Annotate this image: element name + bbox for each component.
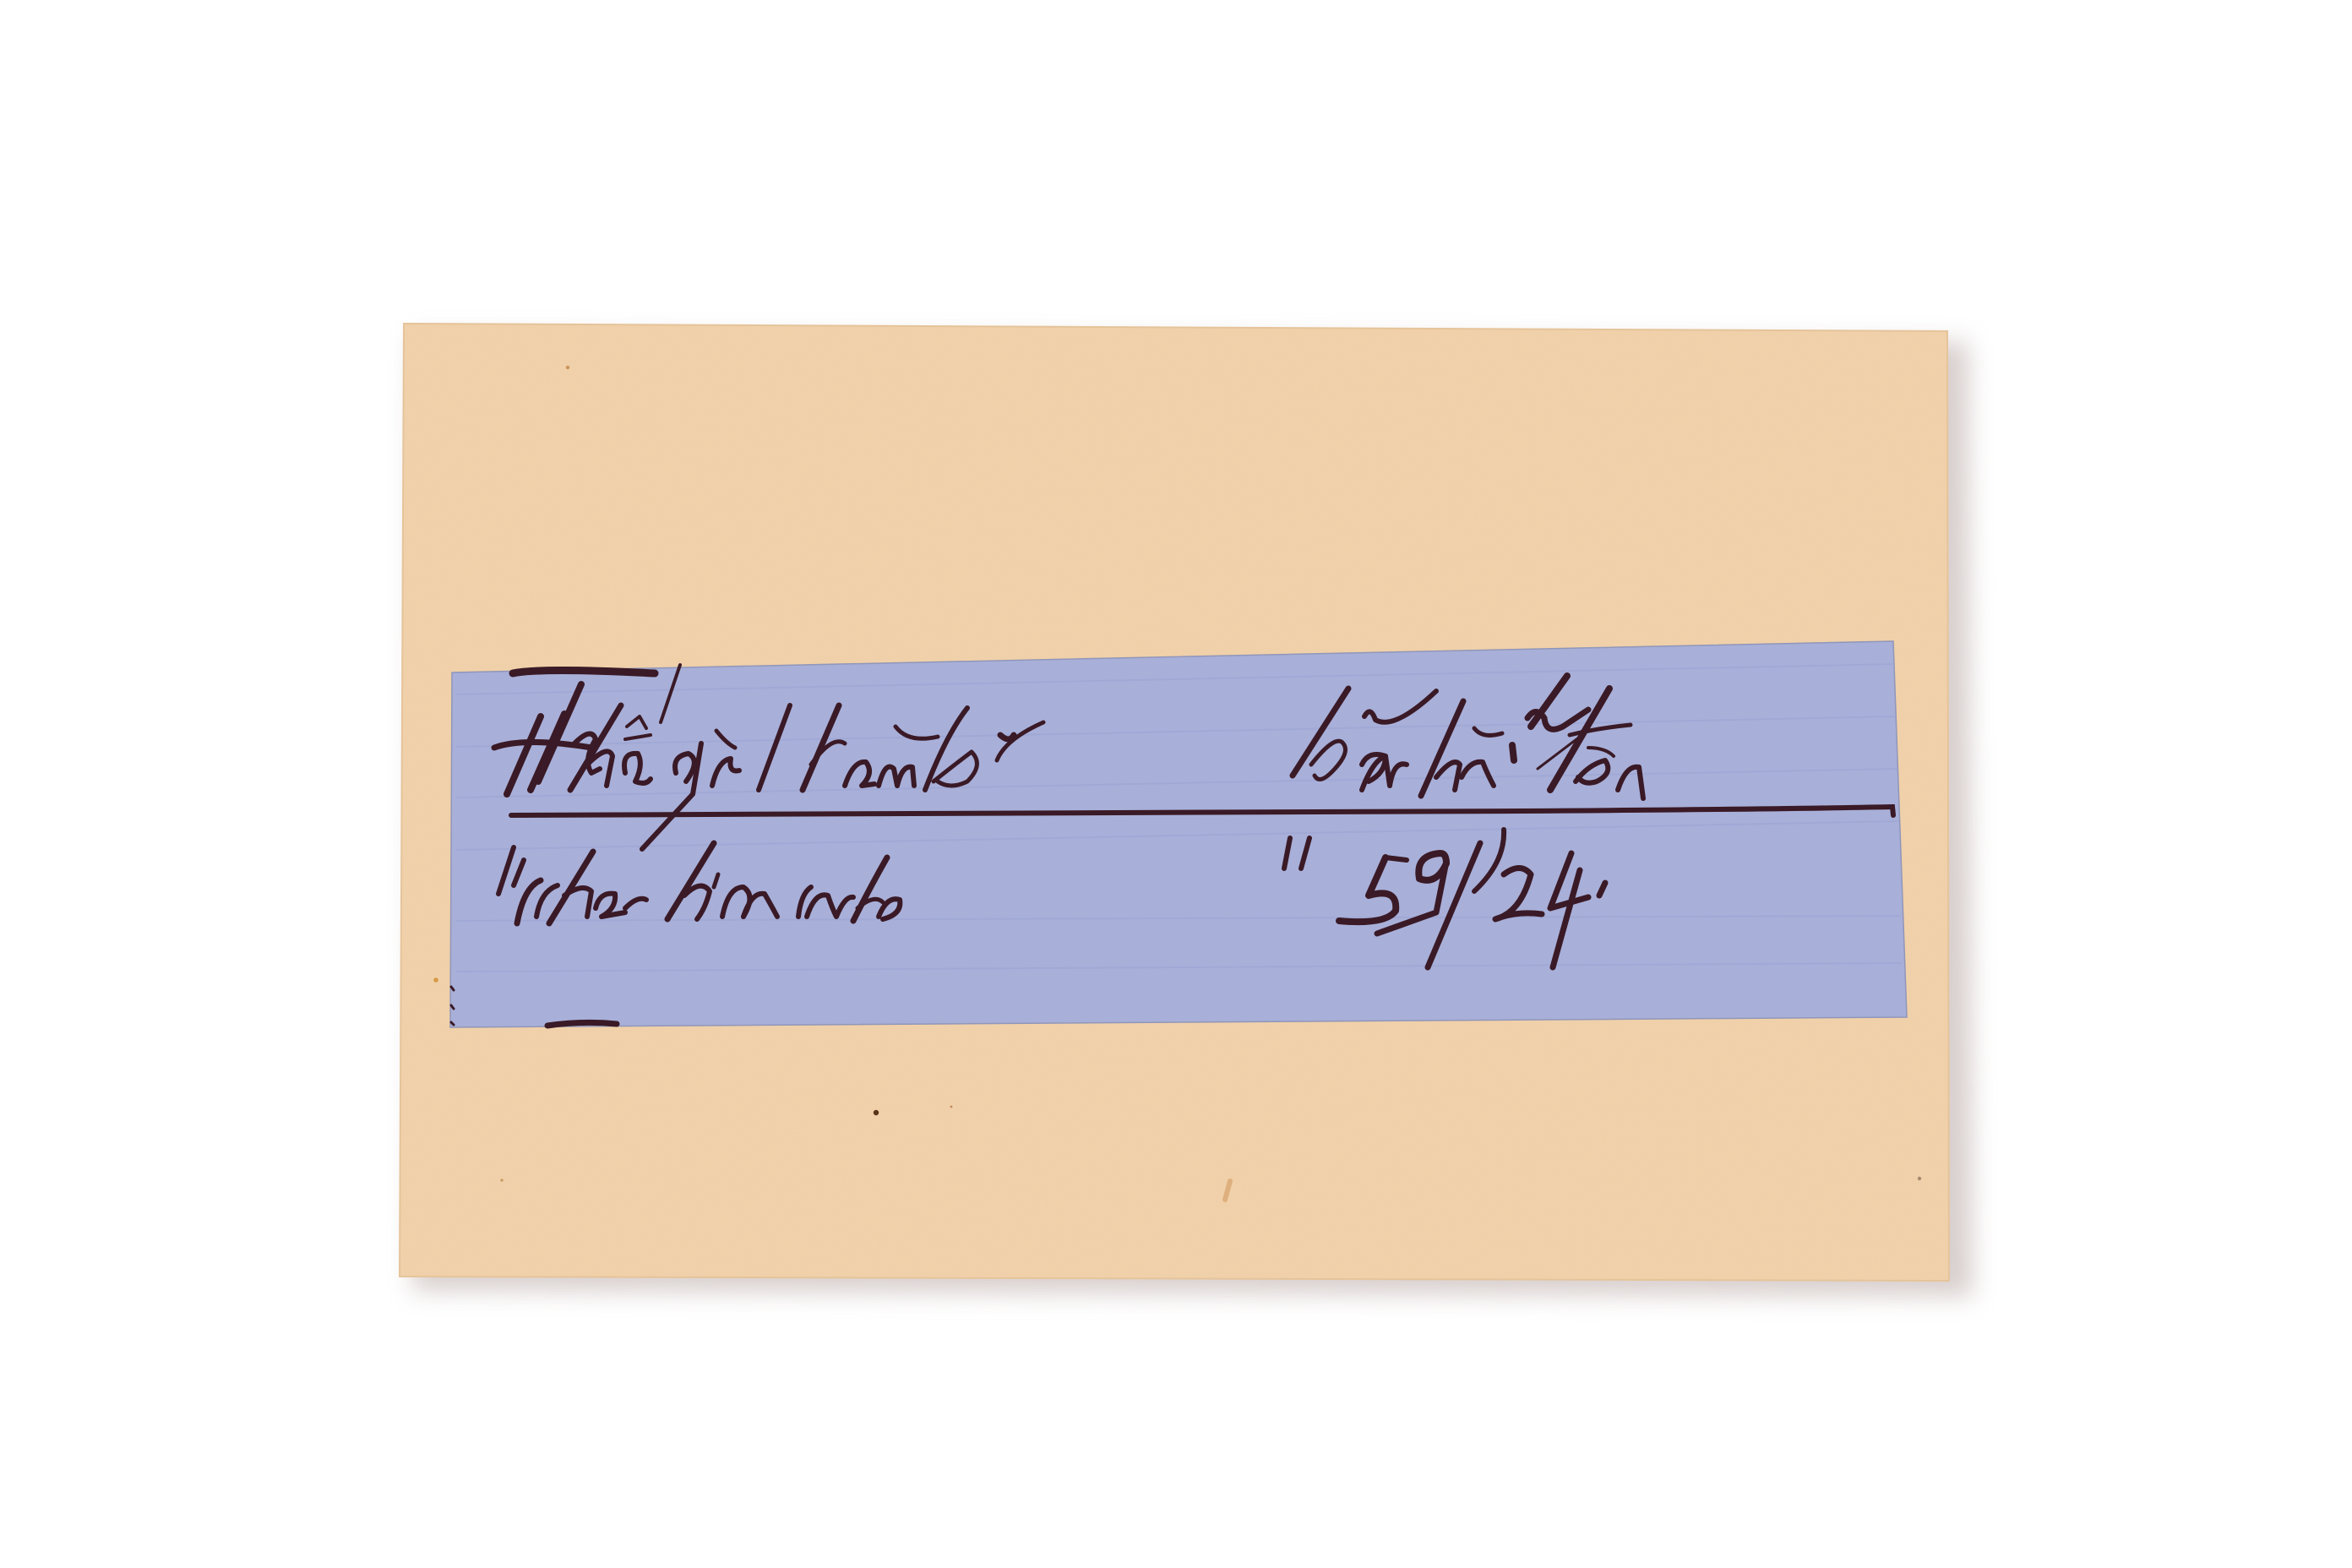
ink-edge-stroke-top: [513, 671, 655, 674]
paper-speck: [433, 977, 438, 983]
ink-edge-stroke-bottom: [547, 1022, 617, 1026]
paper-speck: [1918, 1177, 1921, 1180]
paper-speck: [566, 366, 569, 369]
photo-scene: [0, 0, 2352, 1568]
paper-speck: [500, 1179, 503, 1181]
paper-speck: [874, 1110, 879, 1115]
paper-speck: [950, 1106, 953, 1108]
